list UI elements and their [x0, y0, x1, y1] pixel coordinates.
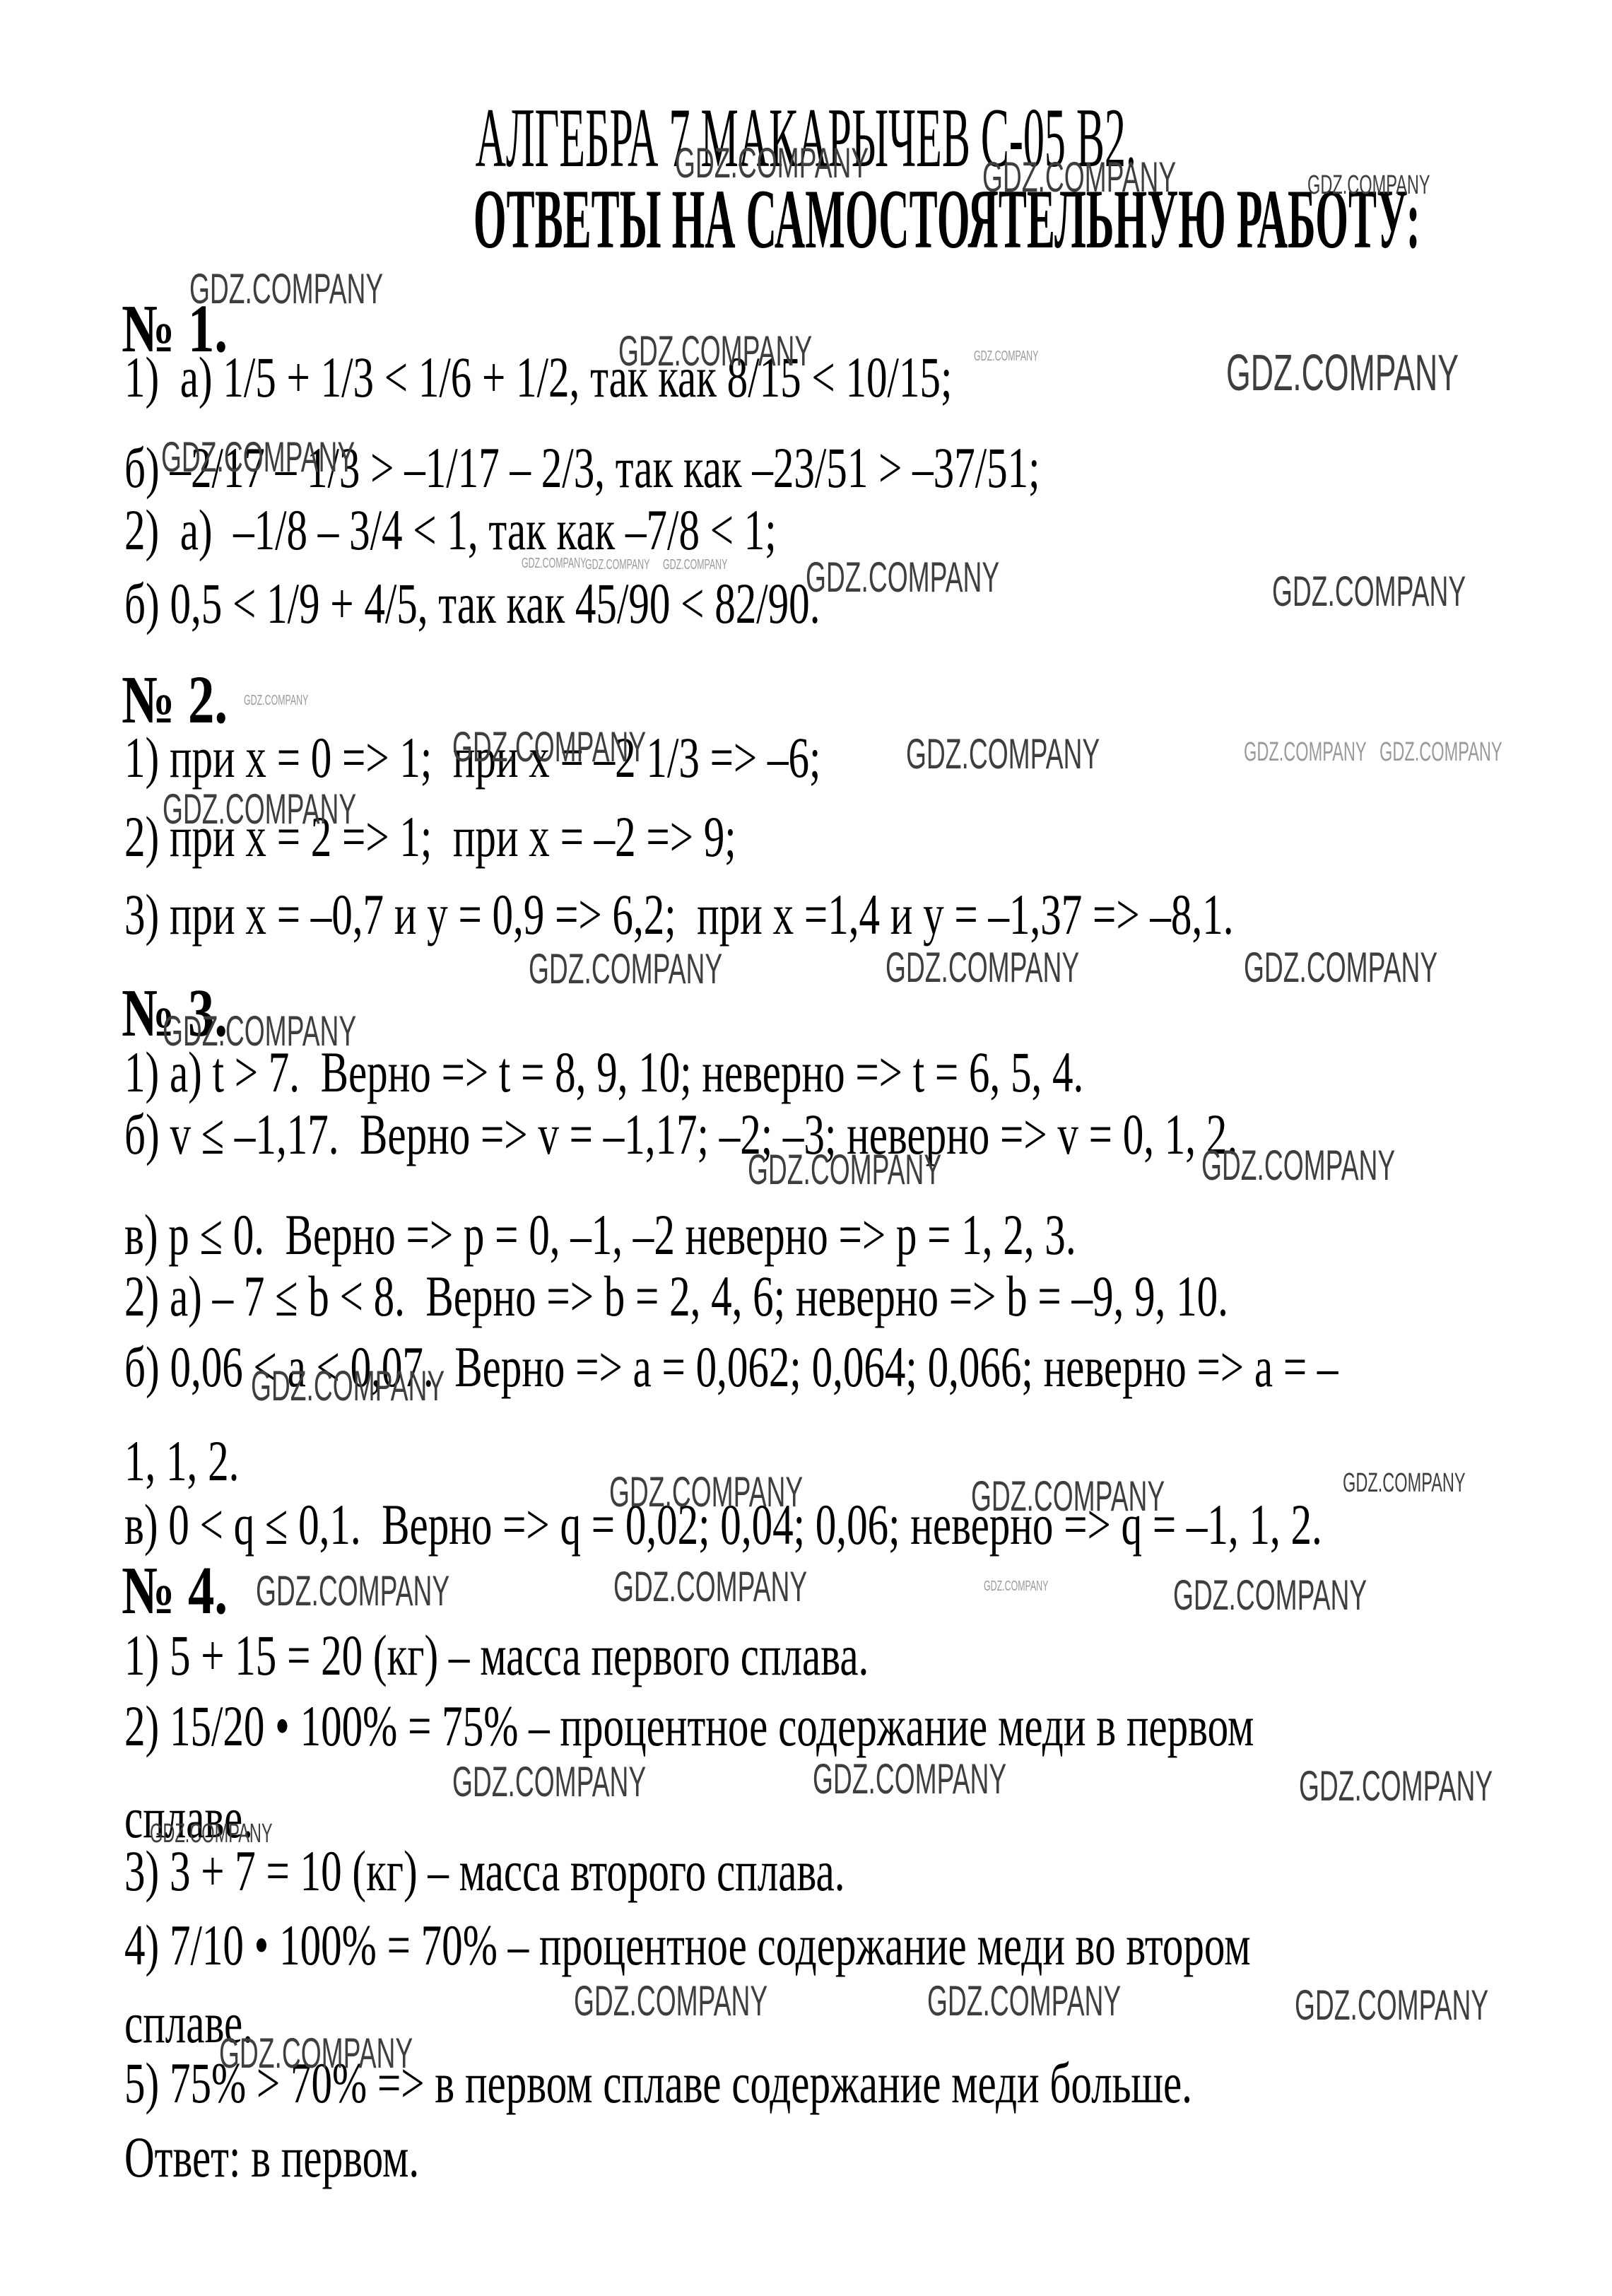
- watermark: GDZ.COMPANY: [150, 1820, 273, 1847]
- watermark: GDZ.COMPANY: [1226, 348, 1459, 399]
- text-line: 2) а) – 7 ≤ b < 8. Верно => b = 2, 4, 6;…: [124, 1267, 1612, 1325]
- watermark: GDZ.COMPANY: [618, 330, 812, 373]
- text-line: 2) а) –1/8 – 3/4 < 1, так как –7/8 < 1;: [124, 501, 1030, 559]
- watermark: GDZ.COMPANY: [452, 726, 646, 768]
- text-line-text: 2) а) –1/8 – 3/4 < 1, так как –7/8 < 1;: [124, 501, 777, 559]
- text-line-text: 4) 7/10 • 100% = 70% – процентное содерж…: [124, 1916, 1251, 1974]
- text-line: 4) 7/10 • 100% = 70% – процентное содерж…: [124, 1916, 1612, 1974]
- section-2-heading-text: № 2.: [122, 666, 228, 734]
- text-line: в) p ≤ 0. Верно => p = 0, –1, –2 неверно…: [124, 1206, 1446, 1264]
- watermark: GDZ.COMPANY: [974, 349, 1038, 363]
- watermark: GDZ.COMPANY: [663, 558, 727, 572]
- section-4-heading-text: № 4.: [122, 1557, 228, 1624]
- watermark: GDZ.COMPANY: [1244, 739, 1367, 766]
- watermark: GDZ.COMPANY: [1379, 739, 1502, 766]
- watermark: GDZ.COMPANY: [189, 268, 383, 310]
- watermark: GDZ.COMPANY: [675, 142, 869, 184]
- text-line-text: 1) а) 1/5 + 1/3 < 1/6 + 1/2, так как 8/1…: [124, 348, 952, 406]
- watermark: GDZ.COMPANY: [219, 2032, 413, 2075]
- text-line: 1, 1, 2.: [124, 1432, 284, 1490]
- watermark: GDZ.COMPANY: [806, 556, 999, 599]
- watermark: GDZ.COMPANY: [748, 1149, 941, 1191]
- watermark: GDZ.COMPANY: [163, 788, 356, 831]
- watermark: GDZ.COMPANY: [452, 1761, 646, 1803]
- watermark: GDZ.COMPANY: [163, 1010, 356, 1053]
- watermark: GDZ.COMPANY: [1244, 947, 1437, 989]
- watermark: GDZ.COMPANY: [886, 947, 1079, 989]
- text-line: 3) 3 + 7 = 10 (кг) – масса второго сплав…: [124, 1842, 1125, 1900]
- watermark: GDZ.COMPANY: [161, 436, 355, 479]
- watermark: GDZ.COMPANY: [574, 1980, 767, 2022]
- watermark: GDZ.COMPANY: [585, 558, 649, 572]
- text-line: 3) при x = –0,7 и y = 0,9 => 6,2; при x …: [124, 886, 1612, 944]
- text-line-text: 1) 5 + 15 = 20 (кг) – масса первого спла…: [124, 1627, 869, 1685]
- text-line-text: 2) 15/20 • 100% = 75% – процентное содер…: [124, 1697, 1254, 1755]
- text-line: 1) 5 + 15 = 20 (кг) – масса первого спла…: [124, 1627, 1158, 1685]
- text-line-text: в) p ≤ 0. Верно => p = 0, –1, –2 неверно…: [124, 1206, 1076, 1264]
- watermark: GDZ.COMPANY: [609, 1471, 803, 1513]
- watermark: GDZ.COMPANY: [244, 693, 308, 708]
- text-line-text: 3) при x = –0,7 и y = 0,9 => 6,2; при x …: [124, 886, 1233, 944]
- page-subtitle-text: ОТВЕТЫ НА САМОСТОЯТЕЛЬНУЮ РАБОТУ:: [473, 177, 1420, 262]
- text-line-text: б) v ≤ –1,17. Верно => v = –1,17; –2; –3…: [124, 1106, 1237, 1164]
- text-line: в) 0 < q ≤ 0,1. Верно => q = 0,02; 0,04;…: [124, 1496, 1612, 1554]
- text-line-text: 2) а) – 7 ≤ b < 8. Верно => b = 2, 4, 6;…: [124, 1267, 1228, 1325]
- watermark: GDZ.COMPANY: [971, 1475, 1165, 1518]
- watermark: GDZ.COMPANY: [529, 948, 722, 990]
- watermark: GDZ.COMPANY: [1201, 1144, 1395, 1187]
- watermark: GDZ.COMPANY: [982, 156, 1176, 199]
- watermark: GDZ.COMPANY: [1295, 1984, 1488, 2027]
- section-2-heading: № 2.: [122, 666, 257, 734]
- watermark: GDZ.COMPANY: [1299, 1765, 1493, 1808]
- text-line-text: 1, 1, 2.: [124, 1432, 239, 1490]
- watermark: GDZ.COMPANY: [1343, 1470, 1466, 1496]
- text-line-text: 3) 3 + 7 = 10 (кг) – масса второго сплав…: [124, 1842, 845, 1900]
- watermark: GDZ.COMPANY: [1173, 1574, 1367, 1617]
- document-page: АЛГЕБРА 7 МАКАРЫЧЕВ С-05 В2. ОТВЕТЫ НА С…: [0, 0, 1612, 2296]
- section-4-heading: № 4.: [122, 1557, 257, 1624]
- watermark: GDZ.COMPANY: [522, 556, 586, 570]
- watermark: GDZ.COMPANY: [984, 1579, 1048, 1593]
- watermark: GDZ.COMPANY: [613, 1566, 807, 1608]
- watermark: GDZ.COMPANY: [1307, 172, 1430, 199]
- watermark: GDZ.COMPANY: [1272, 570, 1466, 613]
- text-line: Ответ: в первом.: [124, 2128, 534, 2186]
- watermark: GDZ.COMPANY: [251, 1365, 445, 1407]
- watermark: GDZ.COMPANY: [256, 1570, 449, 1612]
- watermark: GDZ.COMPANY: [906, 733, 1100, 775]
- text-line-text: Ответ: в первом.: [124, 2128, 419, 2186]
- text-line: 2) 15/20 • 100% = 75% – процентное содер…: [124, 1697, 1612, 1755]
- watermark: GDZ.COMPANY: [927, 1980, 1121, 2022]
- text-line-text: б) 0,5 < 1/9 + 4/5, так как 45/90 < 82/9…: [124, 575, 820, 633]
- watermark: GDZ.COMPANY: [813, 1758, 1006, 1800]
